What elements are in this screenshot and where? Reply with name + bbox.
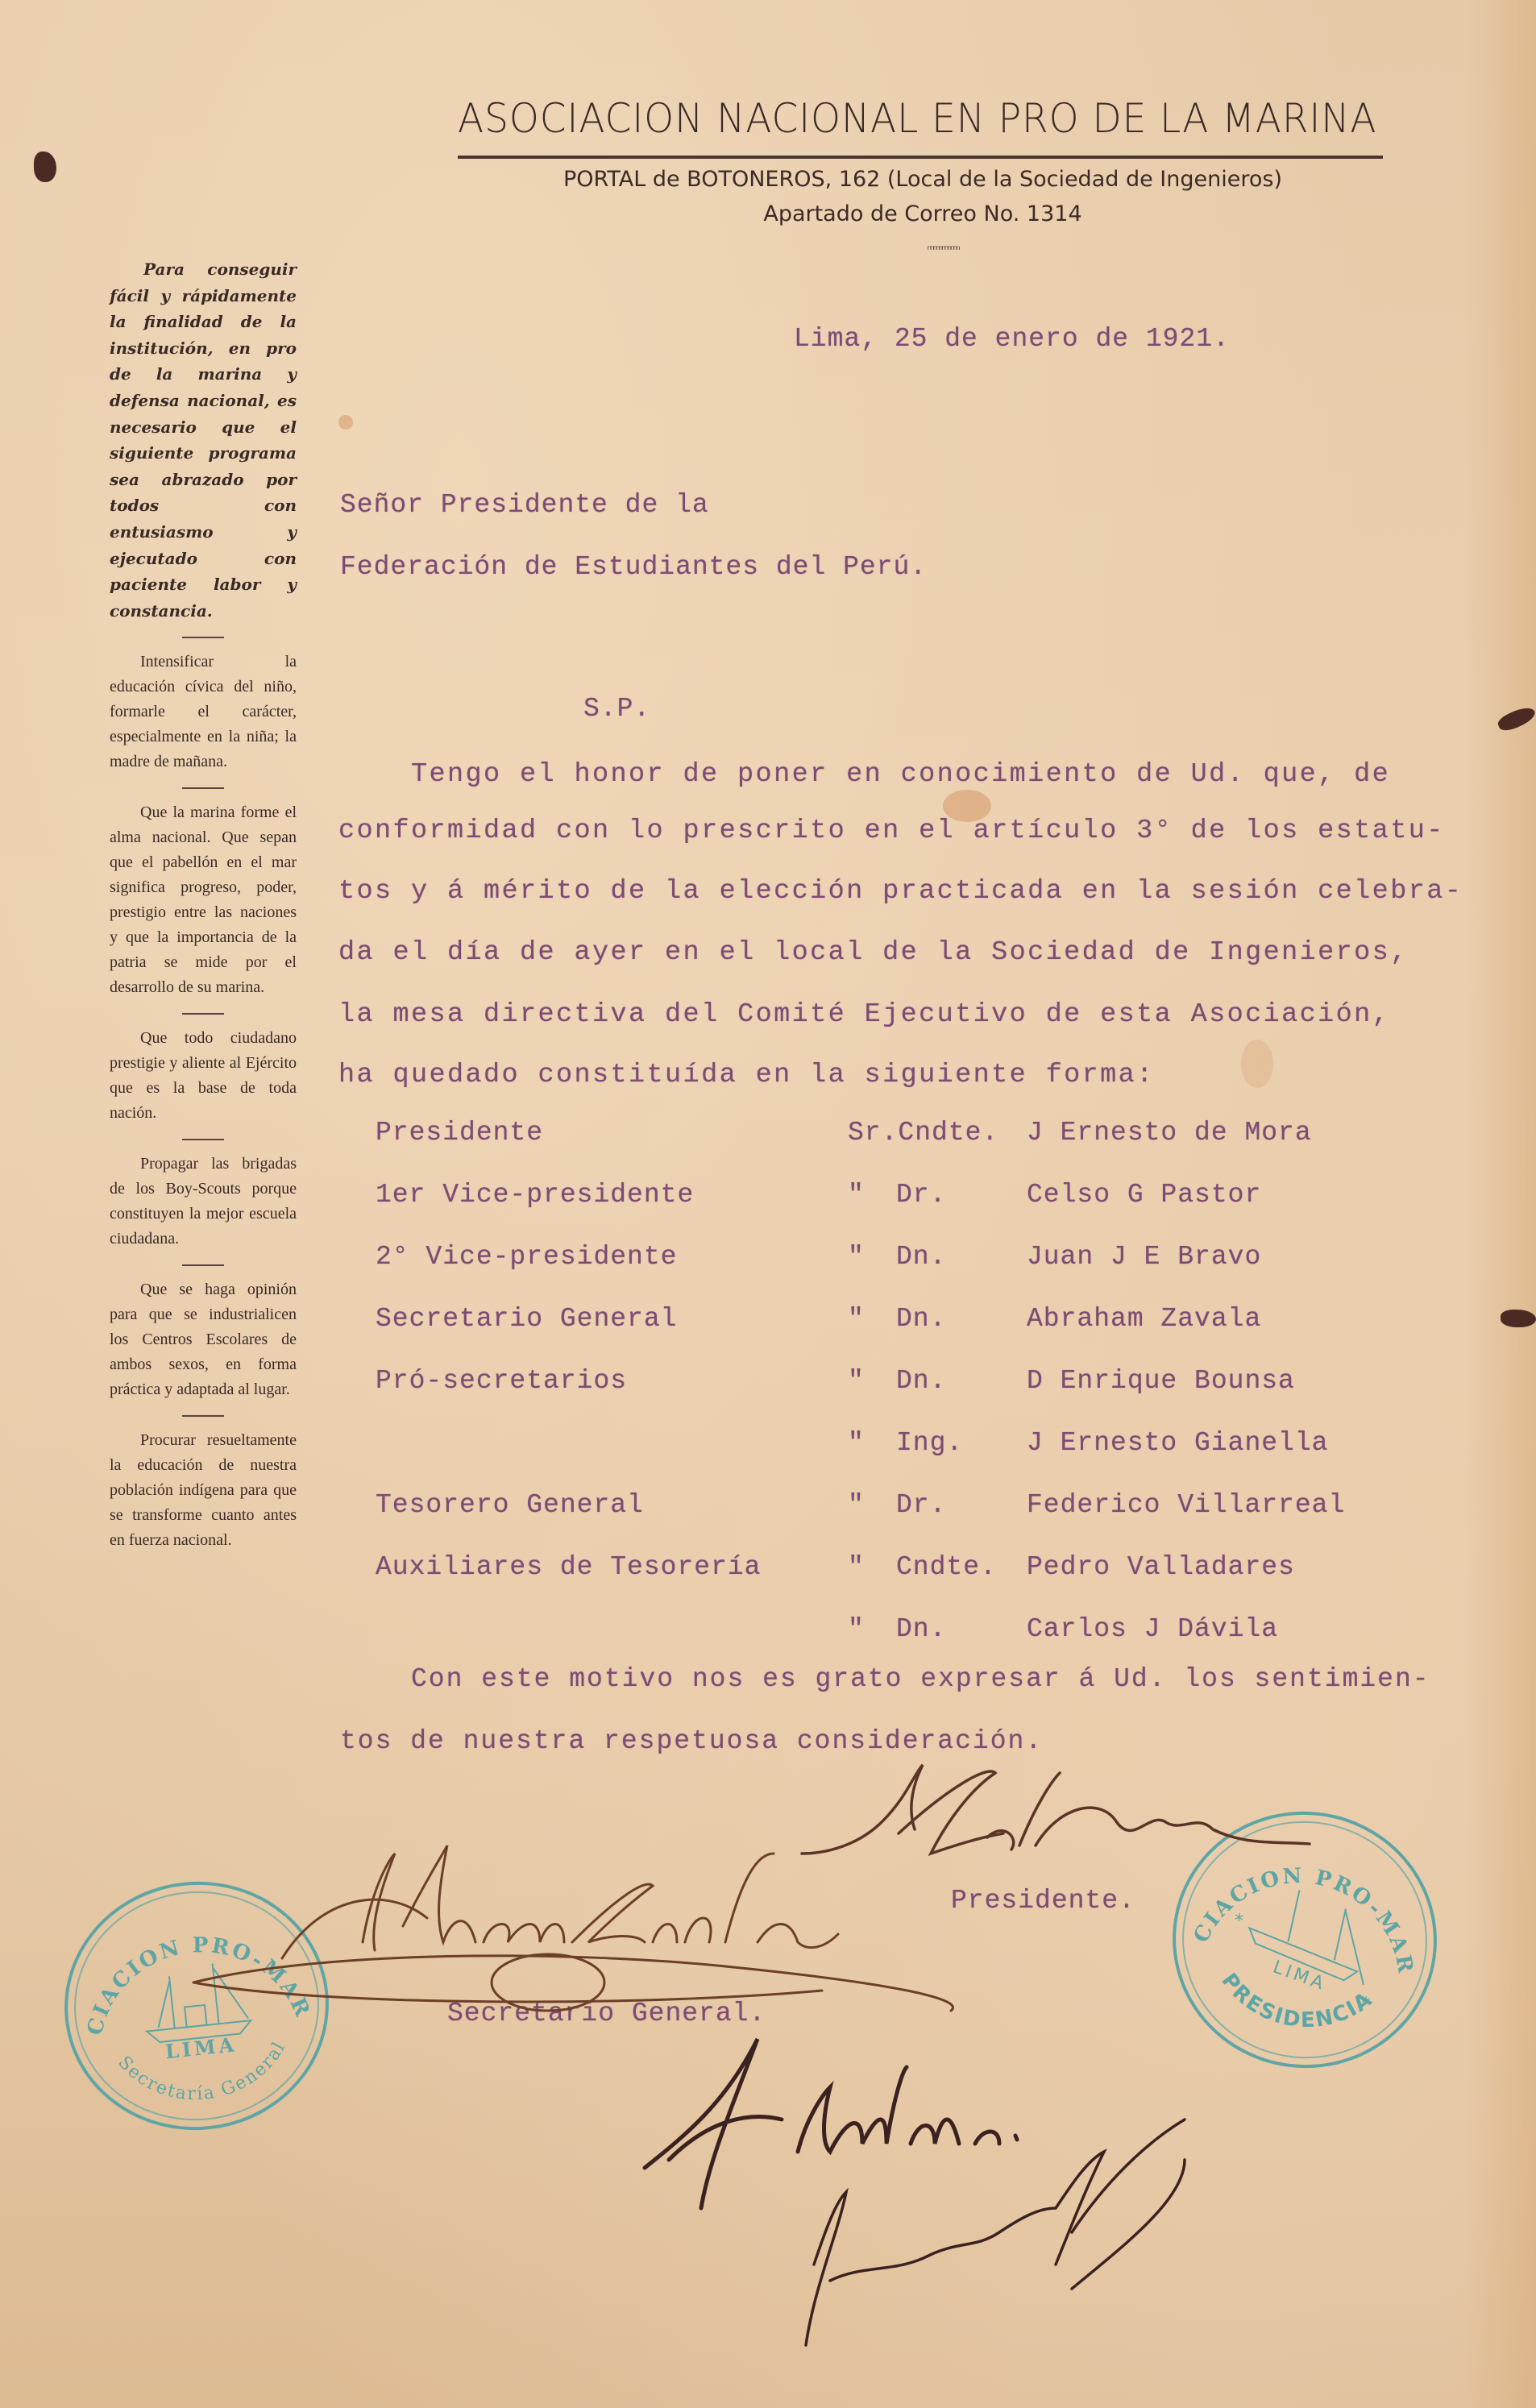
body-line: conformidad con lo prescrito en el artíc… [338,816,1445,846]
program-item: Que se haga opinión para que se industri… [110,1277,297,1402]
recipient-line: Señor Presidente de la [340,490,709,520]
board-title: Cndte. [896,1552,997,1582]
body-line: Tengo el honor de poner en conocimiento … [411,759,1390,790]
separator [182,1415,224,1417]
body-line: ha quedado constituída en la siguiente f… [338,1060,1155,1090]
letter-date: Lima, 25 de enero de 1921. [794,324,1230,354]
program-sidebar: Para conseguir fácil y rápidamente la fi… [110,256,297,1553]
board-title: Dn. [896,1366,946,1396]
board-title: Dn. [896,1304,946,1334]
ornament-divider: ₙₙₙₙₙₙₙₙₙₙₙ [878,240,1007,253]
ditto-mark: " [848,1180,865,1210]
body-line: da el día de ayer en el local de la Soci… [338,937,1409,968]
board-role: 2° Vice-presidente [376,1242,677,1272]
board-member-name: Abraham Zavala [1027,1304,1261,1334]
program-item: Que todo ciudadano prestigie y aliente a… [110,1026,297,1126]
ditto-mark: " [848,1304,865,1334]
ink-blot [34,152,56,182]
board-role: Presidente [376,1118,543,1148]
board-role: 1er Vice-presidente [376,1180,694,1210]
program-intro: Para conseguir fácil y rápidamente la fi… [110,256,297,624]
letterhead-rule [458,156,1383,159]
program-item: Que la marina forme el alma nacional. Qu… [110,800,297,1000]
board-member-name: Carlos J Dávila [1027,1614,1278,1644]
separator [182,1264,224,1266]
separator [182,787,224,789]
separator [182,637,224,638]
board-title: Dr. [896,1490,946,1520]
closing-line: tos de nuestra respetuosa consideración. [340,1726,1043,1756]
program-item: Propagar las brigadas de los Boy-Scouts … [110,1152,297,1252]
board-title: Dr. [896,1180,946,1210]
ditto-mark: " [848,1242,865,1272]
board-title: Dn. [896,1242,946,1272]
program-item: Procurar resueltamente la educación de n… [110,1428,297,1553]
salutation: S.P. [583,694,650,724]
body-line: tos y á mérito de la elección practicada… [338,876,1463,907]
ditto-mark: " [848,1614,865,1644]
board-member-name: D Enrique Bounsa [1027,1366,1295,1396]
organization-name: ASOCIACION NACIONAL EN PRO DE LA MARINA [458,95,1329,142]
board-member-name: J Ernesto Gianella [1027,1428,1328,1458]
svg-text:*: * [1233,1911,1244,1932]
board-member-name: Pedro Valladares [1027,1552,1295,1582]
closing-line: Con este motivo nos es grato expresar á … [411,1664,1430,1694]
program-item: Intensificar la educación cívica del niñ… [110,650,297,774]
ditto-mark: " [848,1552,865,1582]
paper-edge-discoloration [1463,0,1536,2408]
board-role: Tesorero General [376,1490,644,1520]
ditto-mark: " [848,1366,865,1396]
recipient-line: Federación de Estudiantes del Perú. [340,552,927,582]
separator [182,1139,224,1140]
ditto-mark: " [848,1490,865,1520]
po-box: Apartado de Correo No. 1314 [451,201,1394,226]
board-member-name: J Ernesto de Mora [1027,1118,1312,1148]
board-member-name: Celso G Pastor [1027,1180,1261,1210]
board-member-name: Federico Villarreal [1027,1490,1345,1520]
archive-annotation: Al Archivo. [621,2023,1467,2361]
board-role: Auxiliares de Tesorería [376,1552,761,1582]
board-title: Dn. [896,1614,946,1644]
board-title: Ing. [896,1428,963,1458]
foxing-stain [1241,1040,1273,1088]
board-role: Pró-secretarios [376,1366,627,1396]
board-role: Secretario General [376,1304,677,1334]
organization-address: PORTAL de BOTONEROS, 162 (Local de la So… [451,167,1394,192]
separator [182,1013,224,1015]
foxing-stain [338,415,353,430]
body-line: la mesa directiva del Comité Ejecutivo d… [338,999,1390,1030]
secretary-signature [161,1829,983,2015]
board-member-name: Juan J E Bravo [1027,1242,1261,1272]
ink-blot [1501,1310,1536,1327]
board-title: Sr.Cndte. [848,1118,998,1148]
ditto-mark: " [848,1428,865,1458]
